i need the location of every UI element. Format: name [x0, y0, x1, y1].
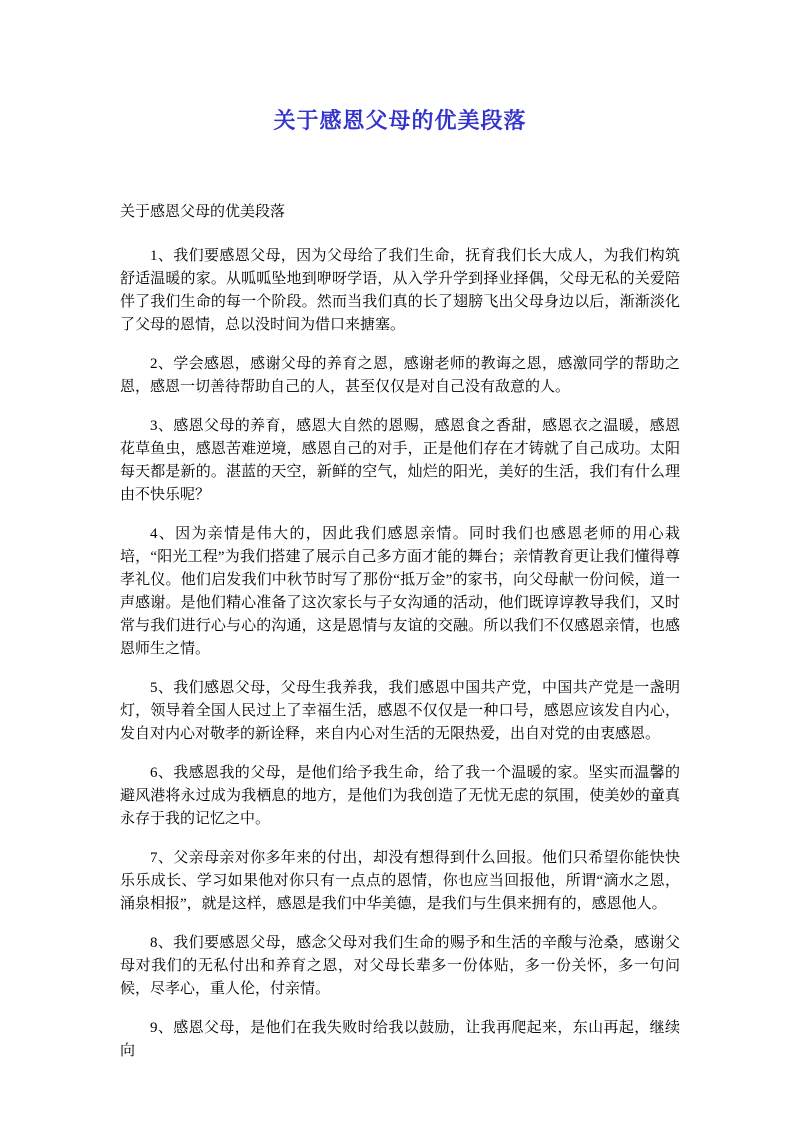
- paragraph-8: 8、我们要感恩父母，感念父母对我们生命的赐予和生活的辛酸与沧桑，感谢父母对我们的…: [120, 932, 680, 1001]
- document-body: 关于感恩父母的优美段落 1、我们要感恩父母，因为父母给了我们生命，抚育我们长大成…: [120, 201, 680, 1063]
- paragraph-3: 3、感恩父母的养育，感恩大自然的恩赐，感恩食之香甜，感恩衣之温暖，感恩花草鱼虫，…: [120, 415, 680, 507]
- paragraph-2: 2、学会感恩，感谢父母的养育之恩，感谢老师的教诲之恩，感激同学的帮助之恩，感恩一…: [120, 353, 680, 399]
- document-subtitle: 关于感恩父母的优美段落: [120, 201, 680, 224]
- document-page: 关于感恩父母的优美段落 关于感恩父母的优美段落 1、我们要感恩父母，因为父母给了…: [0, 0, 800, 1132]
- paragraph-9: 9、感恩父母，是他们在我失败时给我以鼓励，让我再爬起来，东山再起，继续向: [120, 1017, 680, 1063]
- document-title: 关于感恩父母的优美段落: [0, 0, 800, 135]
- paragraph-4: 4、因为亲情是伟大的，因此我们感恩亲情。同时我们也感恩老师的用心栽培，“阳光工程…: [120, 523, 680, 661]
- paragraph-7: 7、父亲母亲对你多年来的付出，却没有想得到什么回报。他们只希望你能快快乐乐成长、…: [120, 847, 680, 916]
- paragraph-1: 1、我们要感恩父母，因为父母给了我们生命，抚育我们长大成人，为我们构筑舒适温暖的…: [120, 245, 680, 337]
- paragraph-6: 6、我感恩我的父母，是他们给予我生命，给了我一个温暖的家。坚实而温馨的避风港将永…: [120, 762, 680, 831]
- paragraph-5: 5、我们感恩父母，父母生我养我，我们感恩中国共产党，中国共产党是一盏明灯，领导着…: [120, 677, 680, 746]
